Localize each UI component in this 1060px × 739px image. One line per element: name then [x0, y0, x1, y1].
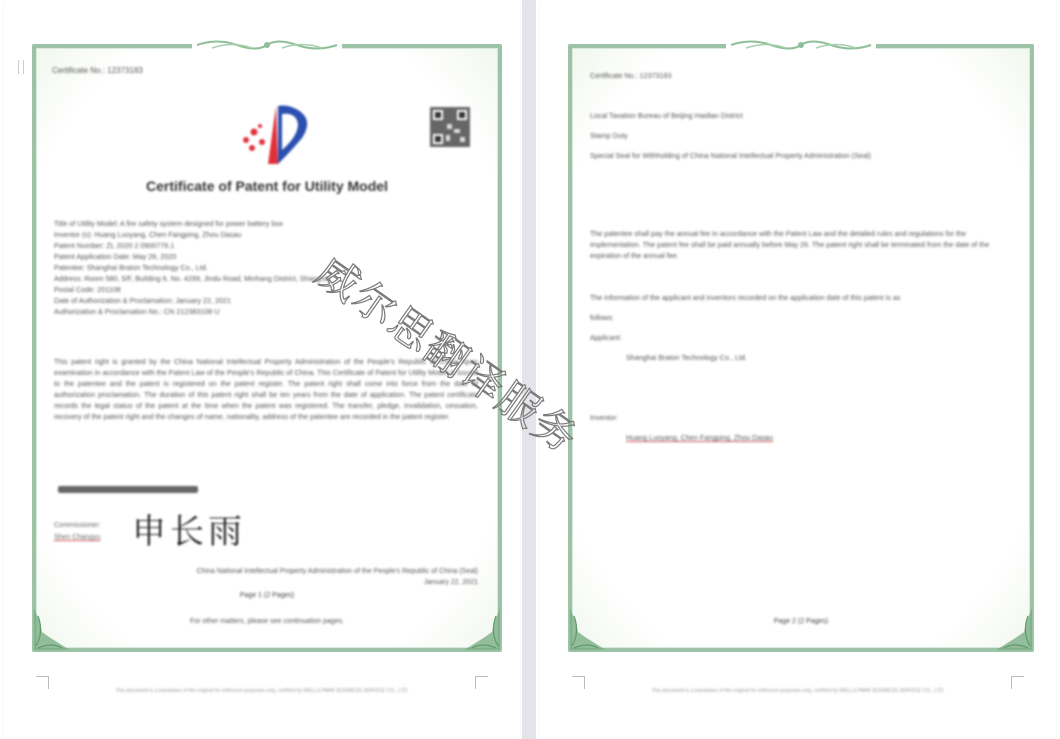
field-patentee: Patentee: Shanghai Braton Technology Co.…: [54, 262, 478, 273]
page-gutter: [522, 0, 536, 739]
field-authorization-number: Authorization & Proclamation No.: CN 212…: [54, 306, 478, 317]
annual-fee-paragraph: The patentee shall pay the annual fee in…: [590, 228, 1012, 261]
field-title: Title of Utility Model: A fire safety sy…: [54, 218, 478, 229]
inventor-names: Huang Luoyang, Chen Fangping, Zhou Dasau: [590, 428, 1012, 448]
crop-mark: [1011, 676, 1024, 689]
page-number: Page 1 (2 Pages): [50, 592, 484, 599]
certificate-border: Certificate No.: 12373183 Local Taxation…: [568, 44, 1034, 652]
applicant-name: Shanghai Braton Technology Co., Ltd.: [590, 348, 1012, 368]
applicant-label: Applicant:: [590, 328, 1012, 348]
page-footer-note: This document is a translation of the or…: [62, 688, 462, 694]
issue-date: January 22, 2021: [197, 577, 479, 588]
special-seal: Special Seal for Withholding of China Na…: [590, 146, 1012, 166]
commissioner-label: Commissioner:: [54, 520, 101, 532]
certificate-number: Certificate No.: 12373183: [590, 66, 1012, 86]
page-1: Certificate No.: 12373183: [4, 0, 520, 739]
crop-mark: [572, 676, 585, 689]
top-ornament-icon: [726, 38, 876, 52]
field-authorization-date: Date of Authorization & Proclamation: Ja…: [54, 295, 478, 306]
field-application-date: Patent Application Date: May 26, 2020: [54, 251, 478, 262]
page-2: Certificate No.: 12373183 Local Taxation…: [540, 0, 1056, 739]
stamp-duty: Stamp Duty: [590, 126, 1012, 146]
cnipa-logo-icon: [232, 100, 322, 170]
commissioner-block: Commissioner: Shen Changyu: [54, 520, 101, 544]
document-viewer: Certificate No.: 12373183: [0, 0, 1060, 739]
field-postal-code: Postal Code: 201108: [54, 284, 478, 295]
margin-marker: [18, 60, 24, 74]
crop-mark: [475, 676, 488, 689]
tax-bureau-block: Local Taxation Bureau of Beijing Haidian…: [590, 106, 1012, 166]
applicant-info-block: The information of the applicant and inv…: [590, 288, 1012, 448]
certificate-number: Certificate No.: 12373183: [52, 66, 143, 75]
signature: 申长雨: [132, 504, 246, 553]
issuer-name: China National Intellectual Property Adm…: [197, 566, 479, 577]
crop-mark: [36, 676, 49, 689]
certificate-title: Certificate of Patent for Utility Model: [50, 178, 484, 194]
follows-label: follows:: [590, 308, 1012, 328]
commissioner-name: Shen Changyu: [54, 532, 101, 544]
qr-code-icon: [430, 107, 470, 147]
field-patent-number: Patent Number: ZL 2020 2 0900776.1: [54, 240, 478, 251]
patent-fields: Title of Utility Model: A fire safety sy…: [54, 218, 478, 317]
field-address: Address: Room 580, 5/F, Building 6, No. …: [54, 273, 478, 284]
certificate-border: Certificate No.: 12373183: [32, 44, 502, 652]
tax-bureau: Local Taxation Bureau of Beijing Haidian…: [590, 106, 1012, 126]
top-ornament-icon: [192, 38, 342, 52]
redacted-barcode: [58, 486, 198, 493]
page-footer-note: This document is a translation of the or…: [598, 688, 998, 694]
issuer-block: China National Intellectual Property Adm…: [197, 566, 479, 588]
inventor-label: Inventor:: [590, 408, 1012, 428]
info-line: The information of the applicant and inv…: [590, 288, 1012, 308]
other-matters-note: For other matters, please see continuati…: [50, 618, 484, 625]
grant-paragraph: This patent right is granted by the Chin…: [54, 356, 478, 422]
page-number: Page 2 (2 Pages): [586, 618, 1016, 625]
field-inventors: Inventor (s): Huang Luoyang, Chen Fangpi…: [54, 229, 478, 240]
